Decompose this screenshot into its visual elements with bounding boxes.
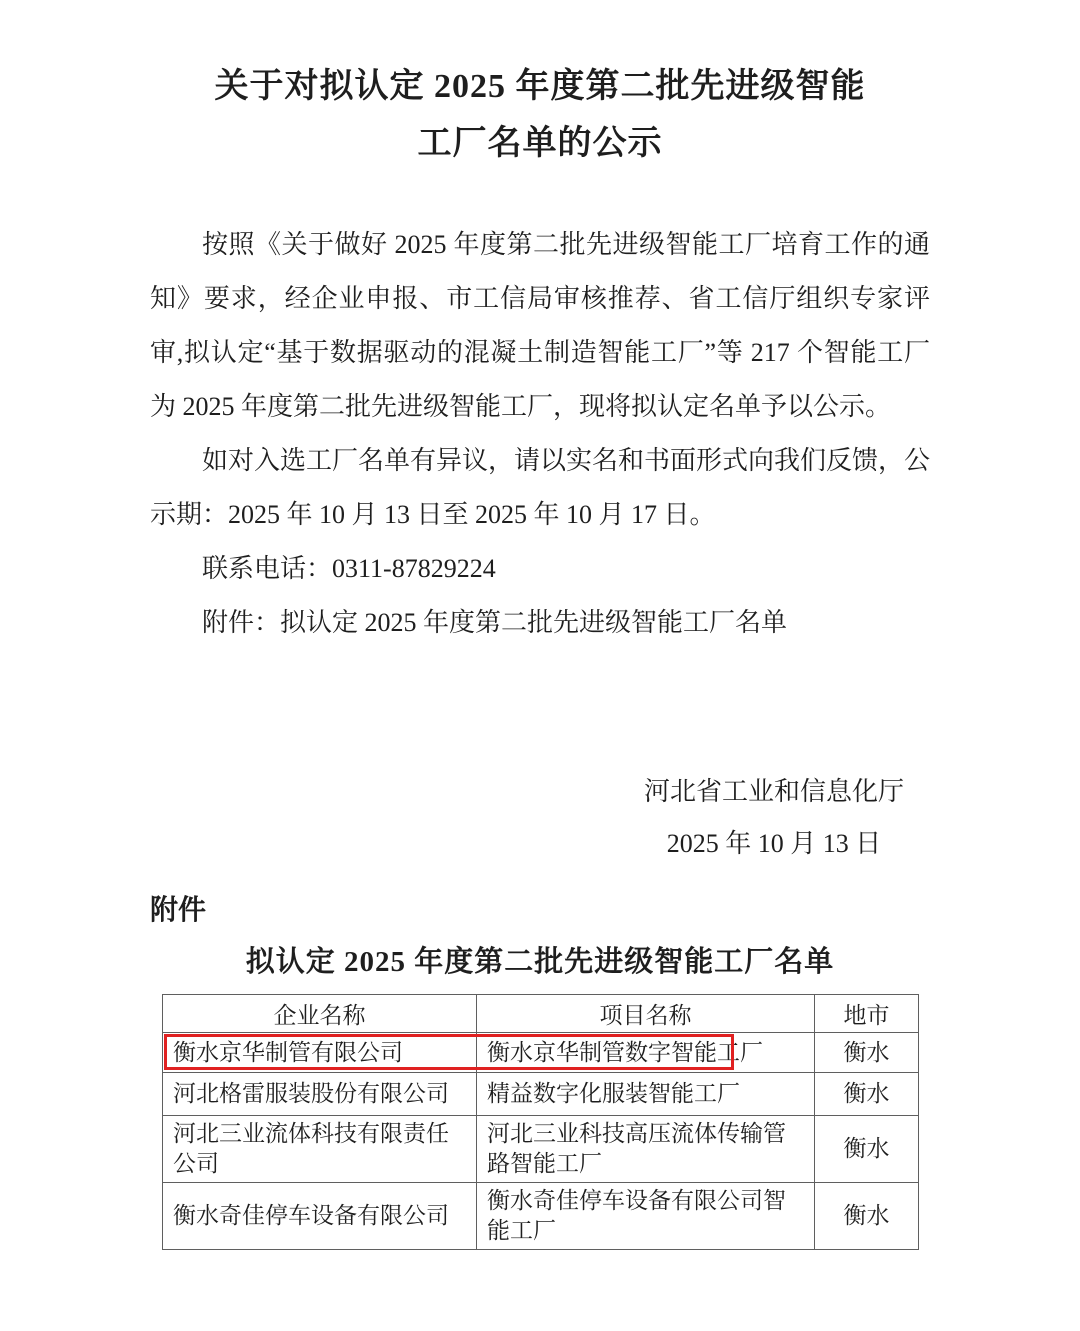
signature-date: 2025 年 10 月 13 日 — [644, 818, 904, 870]
city-cell: 衡水 — [815, 1073, 919, 1116]
paragraph-feedback: 如对入选工厂名单有异议，请以实名和书面形式向我们反馈，公示期：2025 年 10… — [150, 434, 930, 542]
table-row: 衡水京华制管有限公司衡水京华制管数字智能工厂衡水 — [163, 1033, 919, 1073]
paragraph-contact-phone: 联系电话：0311-87829224 — [150, 542, 930, 596]
attachment-table-title: 拟认定 2025 年度第二批先进级智能工厂名单 — [150, 940, 930, 984]
page-title-line-2: 工厂名单的公示 — [418, 125, 663, 162]
column-header-0: 企业名称 — [163, 995, 477, 1033]
city-cell: 衡水 — [815, 1033, 919, 1073]
company-cell: 衡水京华制管有限公司 — [163, 1033, 477, 1073]
factory-table: 企业名称项目名称地市 衡水京华制管有限公司衡水京华制管数字智能工厂衡水河北格雷服… — [162, 994, 919, 1250]
paragraph-intro: 按照《关于做好 2025 年度第二批先进级智能工厂培育工作的通知》要求，经企业申… — [150, 218, 930, 434]
table-row: 衡水奇佳停车设备有限公司衡水奇佳停车设备有限公司智能工厂衡水 — [163, 1183, 919, 1250]
page-title: 关于对拟认定 2025 年度第二批先进级智能 工厂名单的公示 — [150, 58, 930, 172]
project-cell: 精益数字化服装智能工厂 — [477, 1073, 815, 1116]
signature-block: 河北省工业和信息化厅 2025 年 10 月 13 日 — [644, 766, 904, 870]
city-cell: 衡水 — [815, 1183, 919, 1250]
attachment-label: 附件 — [150, 890, 930, 932]
column-header-2: 地市 — [815, 995, 919, 1033]
column-header-1: 项目名称 — [477, 995, 815, 1033]
project-cell: 河北三业科技高压流体传输管路智能工厂 — [477, 1116, 815, 1183]
table-row: 河北三业流体科技有限责任公司河北三业科技高压流体传输管路智能工厂衡水 — [163, 1116, 919, 1183]
company-cell: 衡水奇佳停车设备有限公司 — [163, 1183, 477, 1250]
announcement-page: 关于对拟认定 2025 年度第二批先进级智能 工厂名单的公示 按照《关于做好 2… — [0, 0, 1080, 1331]
page-title-line-1: 关于对拟认定 2025 年度第二批先进级智能 — [215, 68, 866, 105]
factory-table-wrap: 企业名称项目名称地市 衡水京华制管有限公司衡水京华制管数字智能工厂衡水河北格雷服… — [162, 994, 918, 1250]
company-cell: 河北格雷服装股份有限公司 — [163, 1073, 477, 1116]
company-cell: 河北三业流体科技有限责任公司 — [163, 1116, 477, 1183]
paragraph-attachment-ref: 附件：拟认定 2025 年度第二批先进级智能工厂名单 — [150, 596, 930, 650]
factory-table-body: 衡水京华制管有限公司衡水京华制管数字智能工厂衡水河北格雷服装股份有限公司精益数字… — [163, 1033, 919, 1250]
project-cell: 衡水奇佳停车设备有限公司智能工厂 — [477, 1183, 815, 1250]
signature-org: 河北省工业和信息化厅 — [644, 766, 904, 818]
table-row: 河北格雷服装股份有限公司精益数字化服装智能工厂衡水 — [163, 1073, 919, 1116]
project-cell: 衡水京华制管数字智能工厂 — [477, 1033, 815, 1073]
table-header-row: 企业名称项目名称地市 — [163, 995, 919, 1033]
city-cell: 衡水 — [815, 1116, 919, 1183]
